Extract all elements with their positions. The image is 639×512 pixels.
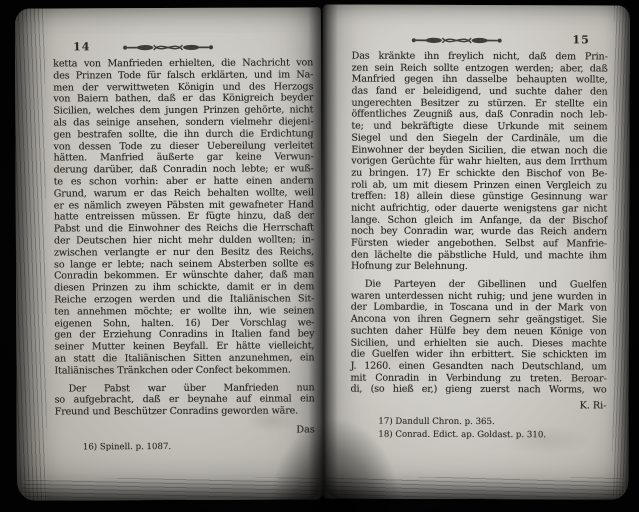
text-line: Das kränkte ihn freylich nicht, daß dem …: [352, 51, 608, 64]
headpiece-ornament-icon: [122, 41, 214, 54]
text-line: Sicilien, und erhielten sie auch. Dieses…: [351, 337, 607, 350]
text-line: lange. Schon gleich im Anfange, da der B…: [351, 214, 607, 227]
footnote: 16) Spinell. p. 1087.: [83, 440, 343, 454]
right-page-header: 15: [323, 34, 630, 51]
text-line: Manfried gegen ihn dasselbe behaupten wo…: [352, 74, 608, 87]
text-line: Ancona von ihren Gegnern sehr geängstige…: [351, 314, 607, 327]
text-line: waren unterdessen nicht ruhig; und jene …: [351, 290, 607, 303]
catchword: Das: [55, 424, 315, 436]
text-line: Grund, warum er das Reich behalten wollt…: [54, 187, 314, 200]
text-line: noch bey Conradin war, wurde das Reich a…: [351, 226, 607, 239]
page-number: 15: [572, 33, 589, 46]
text-line: J. 1260. einen Gesandten nach Deutschlan…: [351, 360, 607, 373]
right-page-bottom-edge-texture: [325, 476, 624, 499]
text-line: ungerechten Besitzer zu stürzen. Er stel…: [351, 97, 607, 110]
text-line: Fürsten wieder angebothen. Selbst auf Ma…: [351, 238, 607, 251]
text-line: gen bestrafen sollte, die ihn durch die …: [53, 128, 313, 141]
text-line: seiner Mutter keinen Beyfall. Er hätte v…: [54, 340, 314, 353]
left-page-bottom-edge-texture: [21, 477, 319, 500]
page-number: 14: [73, 40, 90, 53]
text-line: der Lombardie, in Toscana und in der Mar…: [351, 302, 607, 315]
text-line: Italiänisches Tränkchen oder Confect bek…: [54, 364, 314, 377]
text-line: zwischen verlangte er nur den Besitz des…: [54, 246, 314, 259]
text-line: Hofnung zur Belehnung.: [351, 261, 607, 274]
text-line: Die Parteyen der Gibellinen und Guelfen: [351, 279, 607, 292]
text-line: an statt die Italiänischen Sitten anzune…: [54, 352, 314, 365]
right-page-body: Das kränkte ihn freylich nicht, daß dem …: [350, 51, 607, 397]
left-page-fore-edge-texture: [15, 9, 47, 501]
text-line: Pabst und die Einwohner des Reichs die H…: [54, 223, 314, 236]
left-page-footnotes: 16) Spinell. p. 1087.: [55, 440, 343, 454]
text-line: öffentliches Zeugniß aus, daß Conradin n…: [351, 109, 607, 122]
text-line: der Deutschen hier nicht mehr dulden wol…: [54, 234, 314, 247]
text-line: treffen: 18) allein diese günstige Gesin…: [351, 191, 607, 204]
right-page: 15 Das kränkte ihn freylich nicht, daß d…: [321, 4, 630, 499]
text-line: ketta von Manfrieden erhielten, die Nach…: [53, 57, 313, 70]
text-line: Siegel und den Siegeln der Cardinäle, um…: [351, 132, 607, 145]
text-line: te; und bekräftigte diese Urkunde mit se…: [351, 121, 607, 134]
text-line: ten annehmen möchte; er wollte ihn, wie …: [54, 305, 314, 318]
text-line: vorigen Gerüchte für wahr hielten, aus d…: [351, 156, 607, 169]
text-line: nicht aufrichtig, oder dauerte wenigsten…: [351, 203, 607, 216]
text-line: als das seinige ansehen, sondern vielmeh…: [53, 116, 313, 129]
footnote: 18) Conrad. Edict. ap. Goldast. p. 310.: [378, 429, 634, 443]
text-line: zen sein Reich sollte entzogen werden; a…: [352, 62, 608, 75]
book-photo: 14 ketta von Manfrieden erhielten, die N…: [0, 0, 639, 512]
text-line: suchten daher Hülfe bey dem neuen Könige…: [351, 325, 607, 338]
text-line: Reiche erzogen werden und die Italiänisc…: [54, 293, 314, 306]
text-line: Einwohner der beyden Sicilien, die etwan…: [351, 144, 607, 157]
text-line: die Guelfen wider ihn erbittert. Sie sch…: [351, 349, 607, 362]
headpiece-ornament-icon: [411, 34, 503, 47]
text-line: des Prinzen Tode für falsch erklärten, u…: [53, 69, 313, 82]
text-line: das fand er beleidigend, und suchte dahe…: [352, 86, 608, 99]
text-line: te es schon vorhin: aber er hatte einen …: [54, 175, 314, 188]
text-line: Freund und Beschützer Conradins geworden…: [55, 405, 315, 418]
left-page: 14 ketta von Manfrieden erhielten, die N…: [15, 7, 323, 500]
text-line: diesen Prinzen zu ihm schickte, damit er…: [54, 282, 314, 295]
text-line: zu bringen. 17) Er schickte den Bischof …: [351, 167, 607, 180]
left-page-header: 14: [15, 41, 321, 58]
footnote: 17) Dandull Chron. p. 365.: [378, 416, 634, 430]
left-page-body: ketta von Manfrieden erhielten, die Nach…: [53, 57, 315, 418]
text-line: di, (so hieß er,) gieng zuerst nach Worm…: [350, 384, 606, 397]
catchword: K. Ri-: [350, 400, 606, 412]
right-page-footnotes: 17) Dandull Chron. p. 365.18) Conrad. Ed…: [350, 416, 634, 443]
text-line: den lächelte die päbstliche Huld, und ma…: [351, 249, 607, 262]
